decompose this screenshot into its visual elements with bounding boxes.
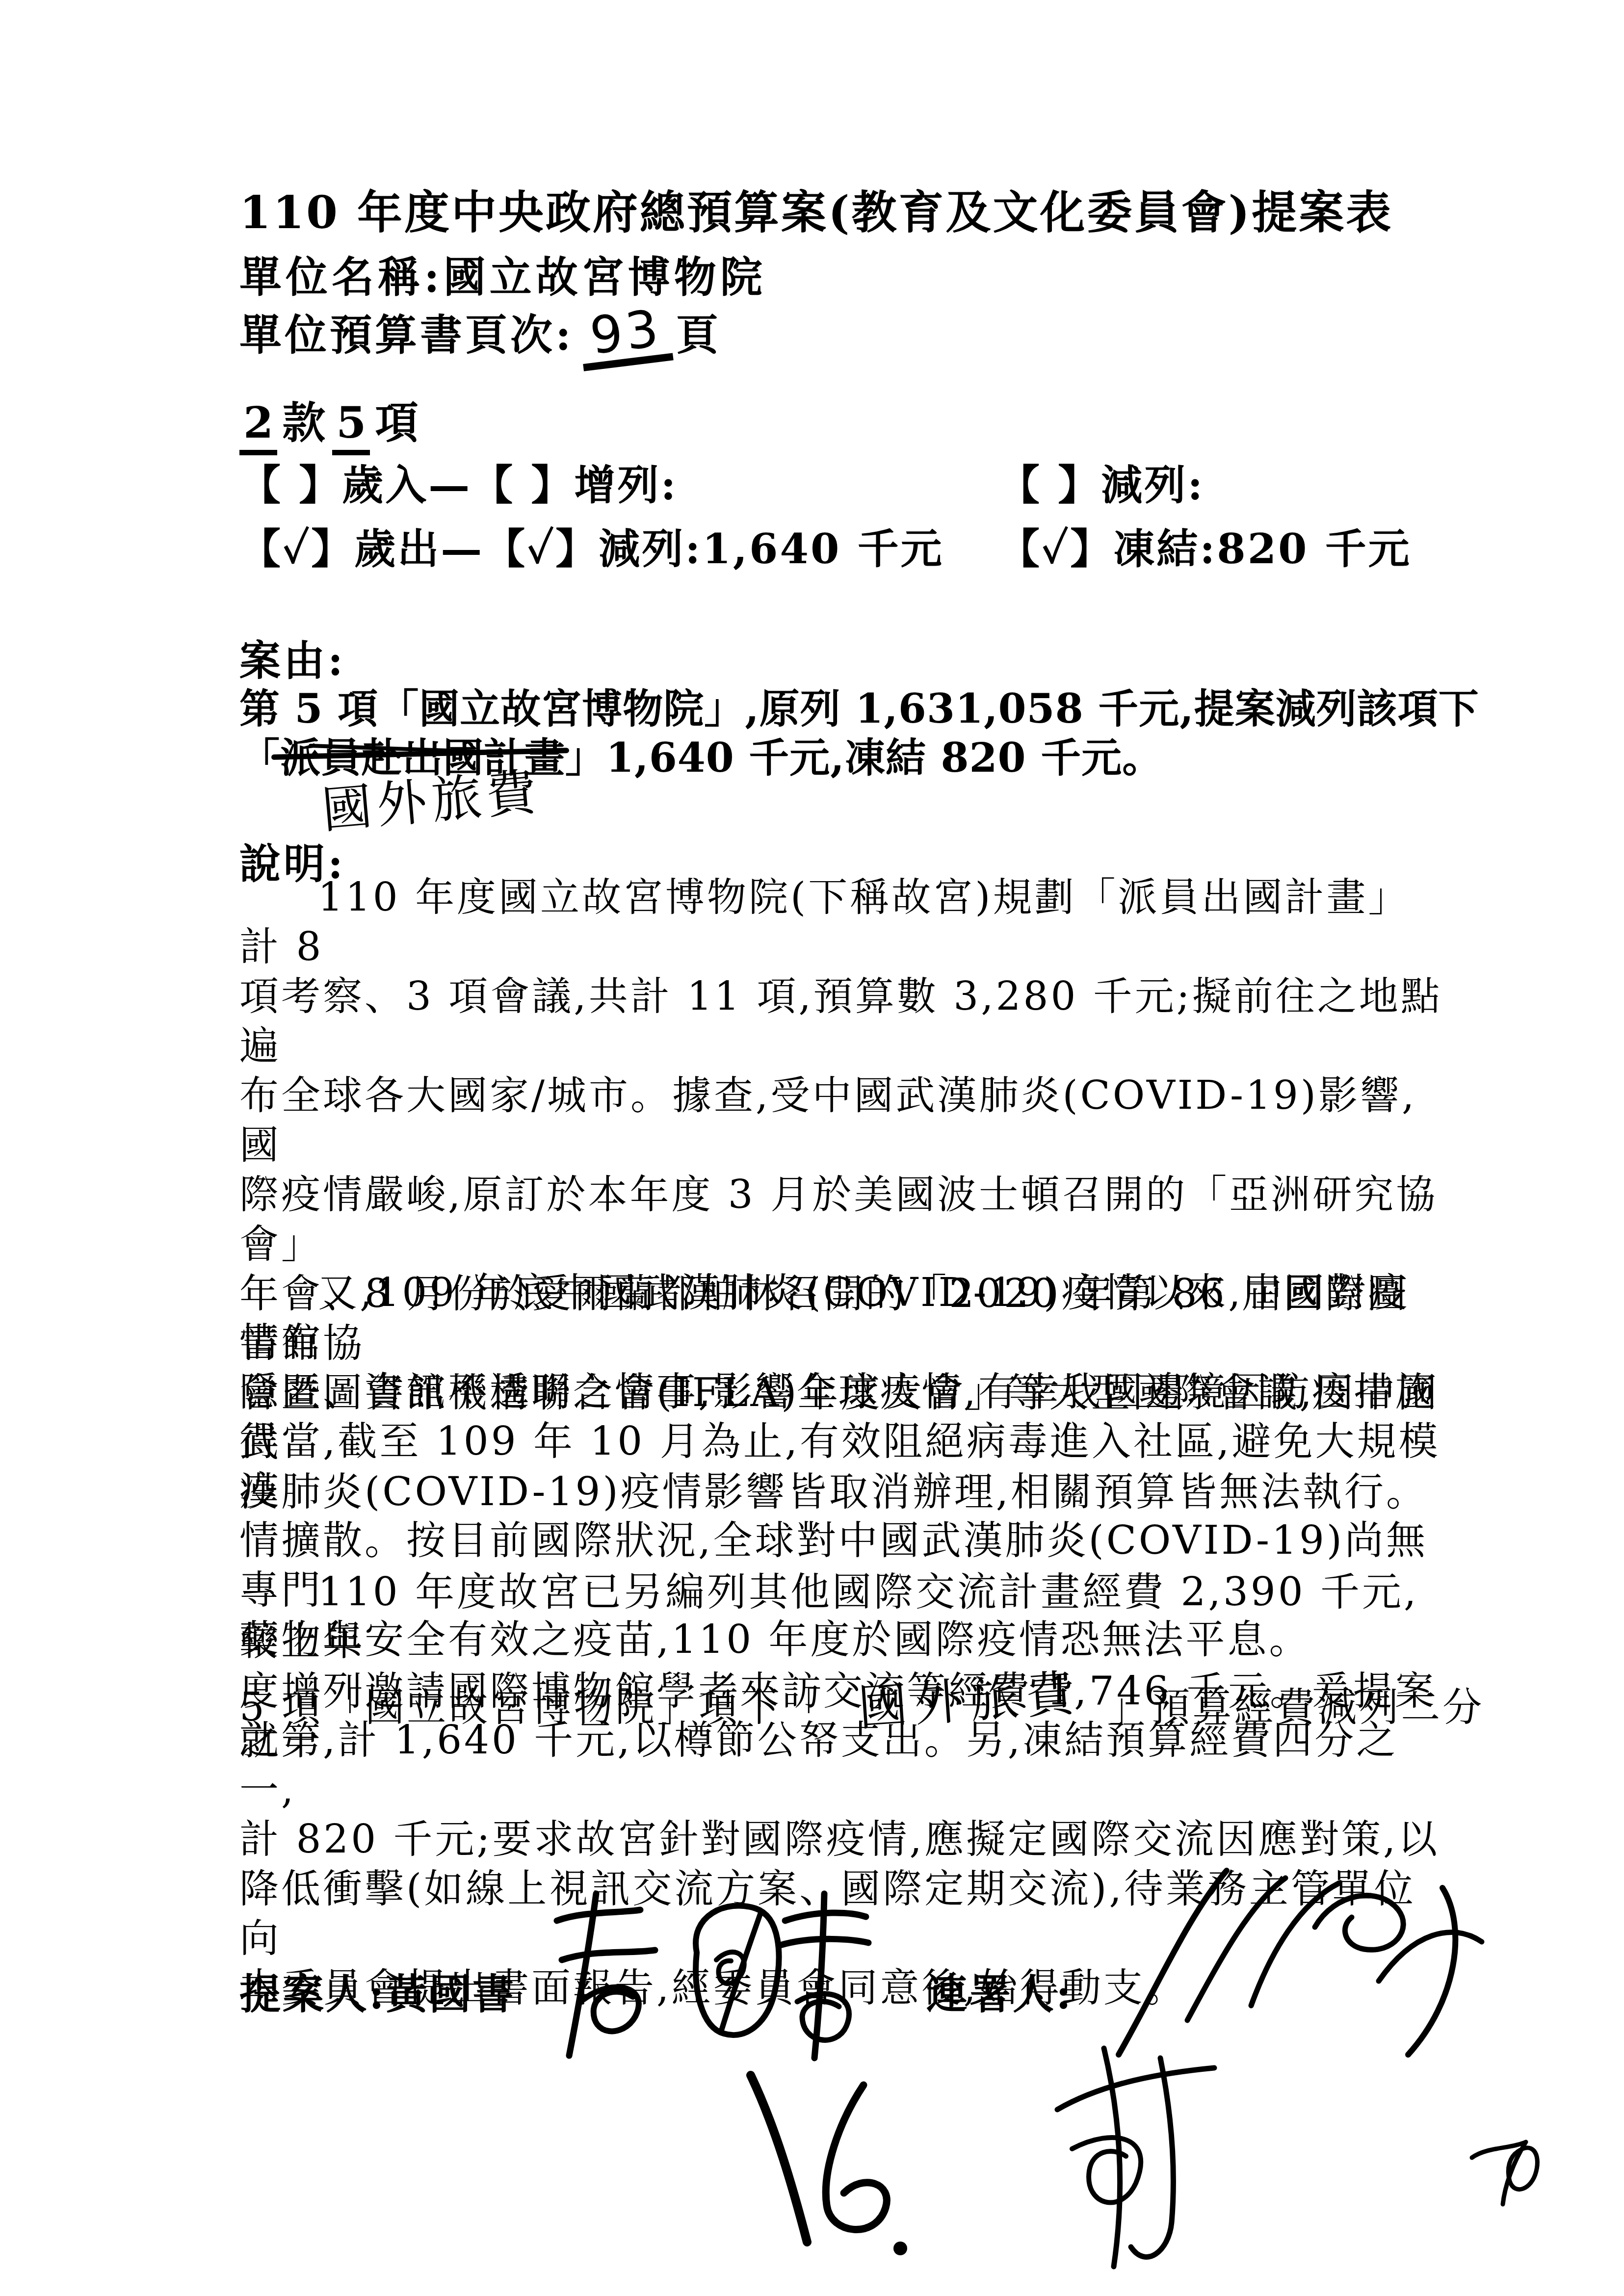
section-reference: 2款5項 bbox=[239, 389, 419, 455]
xiang-number: 5 bbox=[332, 397, 370, 455]
cosigner-signature-2 bbox=[1045, 2036, 1231, 2281]
xiang-word: 項 bbox=[375, 397, 418, 448]
kuan-word: 款 bbox=[282, 397, 325, 448]
unit-name-line: 單位名稱:國立故宮博物院 bbox=[239, 243, 766, 304]
checkbox-row-revenue-left: 【 】歲入—【 】增列: bbox=[239, 452, 678, 512]
page-number-line: 單位預算書頁次:93頁 bbox=[239, 301, 721, 366]
kuan-number: 2 bbox=[239, 397, 277, 455]
cosigner-signature-1 bbox=[1104, 1858, 1496, 2064]
proposer-signature bbox=[550, 1886, 873, 2063]
page-number-suffix: 頁 bbox=[676, 311, 721, 360]
explanation-paragraph-3-line3: 5 項「國立故宮博物院」項下「國外旅費」預算經費減列二分 bbox=[239, 1664, 1484, 1714]
handwritten-number-16 bbox=[733, 2068, 920, 2264]
scanned-budget-proposal-page: 110 年度中央政府總預算案(教育及文化委員會)提案表 單位名稱:國立故宮博物院… bbox=[0, 0, 1624, 2296]
checkbox-row-expenditure-right: 【✓】凍結:820 千元 bbox=[998, 516, 1412, 575]
handwritten-page-number: 93 bbox=[576, 301, 674, 371]
cosigner-label: 連署人: bbox=[926, 1961, 1073, 2021]
case-line2-rest: 」1,640 千元,凍結 820 千元。 bbox=[565, 734, 1163, 782]
proposer-label: 提案人:黃國書 bbox=[239, 1961, 516, 2021]
checkbox-row-revenue-right: 【 】減列: bbox=[998, 452, 1205, 512]
checkbox-row-expenditure-left: 【✓】歲出—【✓】減列:1,640 千元 bbox=[239, 516, 944, 575]
corner-mark-70 bbox=[1465, 2133, 1543, 2217]
page-number-label: 單位預算書頁次: bbox=[239, 311, 574, 360]
document-title: 110 年度中央政府總預算案(教育及文化委員會)提案表 bbox=[239, 177, 1393, 241]
